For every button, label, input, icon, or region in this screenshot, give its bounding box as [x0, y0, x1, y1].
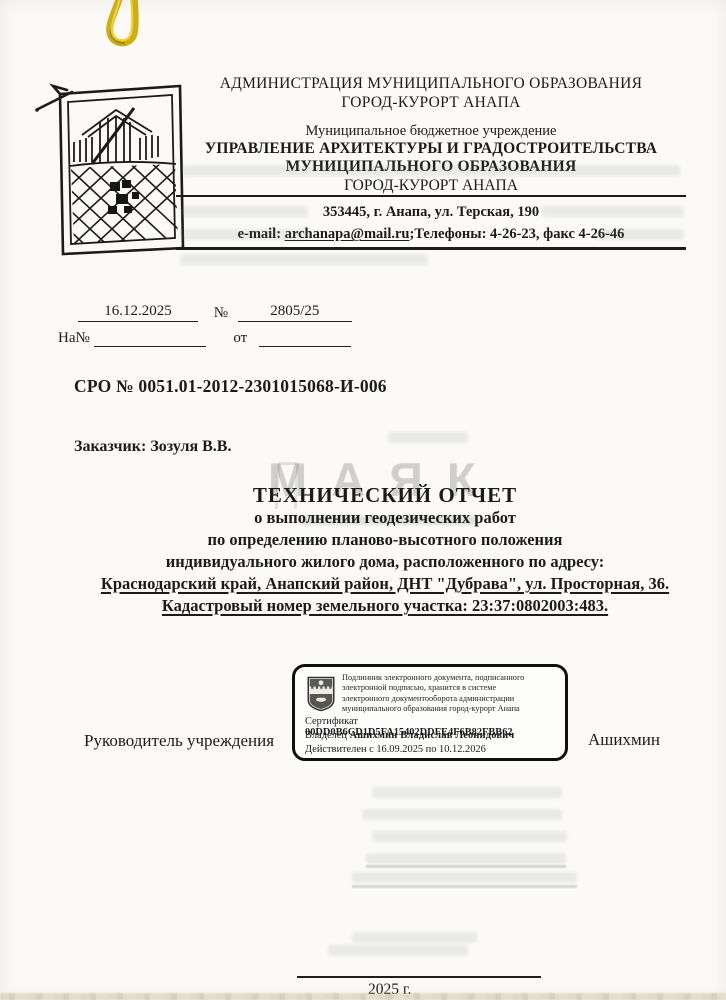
outgoing-reference-row: 16.12.2025 № 2805/25	[58, 303, 352, 322]
customer-line: Заказчик: Зозуля В.В.	[74, 438, 231, 456]
outgoing-date: 16.12.2025	[78, 303, 198, 322]
bleed-through-text	[542, 206, 684, 217]
scan-bottom-edge	[0, 993, 726, 1000]
bleed-through-text	[362, 809, 562, 820]
org-name-line1: АДМИНИСТРАЦИЯ МУНИЦИПАЛЬНОГО ОБРАЗОВАНИЯ	[176, 74, 686, 93]
bleed-through-text	[366, 853, 566, 864]
bleed-through-text	[182, 165, 680, 176]
number-sign: №	[214, 305, 228, 321]
signatory-position: Руководитель учреждения	[84, 731, 274, 751]
paperclip-icon	[90, 0, 160, 50]
dept-name-line1: УПРАВЛЕНИЕ АРХИТЕКТУРЫ И ГРАДОСТРОИТЕЛЬС…	[176, 140, 686, 158]
validity-line: Действителен с 16.09.2025 по 10.12.2026	[305, 744, 486, 755]
bleed-through-text	[180, 254, 428, 265]
signatory-name: Ашихмин	[588, 730, 660, 750]
stamp-statement: Подлинник электронного документа, подпис…	[342, 673, 560, 714]
ot-label: от	[233, 330, 247, 346]
report-subtitle-1: о выполнении геодезических работ	[44, 507, 726, 529]
digital-signature-stamp: Подлинник электронного документа, подпис…	[292, 664, 568, 761]
anapa-coat-of-arms-icon	[306, 673, 336, 715]
na-label: На№	[58, 330, 90, 346]
scanned-document-page: АДМИНИСТРАЦИЯ МУНИЦИПАЛЬНОГО ОБРАЗОВАНИЯ…	[0, 0, 726, 1000]
report-title: ТЕХНИЧЕСКИЙ ОТЧЕТ	[44, 483, 726, 507]
sro-number: СРО № 0051.01-2012-2301015068-И-006	[74, 376, 387, 397]
object-address: Краснодарский край, Анапский район, ДНТ …	[44, 573, 726, 595]
header-divider-top	[176, 195, 686, 197]
bleed-through-text	[180, 206, 308, 217]
report-title-block: ТЕХНИЧЕСКИЙ ОТЧЕТ о выполнении геодезиче…	[44, 483, 726, 617]
report-subtitle-2: по определению планово-высотного положен…	[44, 529, 726, 551]
architecture-emblem-drawing	[30, 80, 190, 260]
bleed-through-text	[352, 872, 577, 883]
bleed-through-text	[328, 945, 468, 956]
bleed-through-line	[352, 885, 577, 888]
header-divider-bottom	[176, 247, 686, 250]
owner-name: Ашихмин Владислав Леонидович	[350, 730, 515, 741]
incoming-reference-row: На№ от	[58, 330, 351, 347]
bleed-through-text	[372, 831, 567, 842]
institution-type: Муниципальное бюджетное учреждение	[176, 123, 686, 140]
bleed-through-text	[372, 787, 562, 798]
footer-signature-line	[297, 976, 541, 978]
bleed-through-line	[366, 865, 566, 868]
incoming-date-blank	[259, 330, 351, 347]
bleed-through-text	[180, 229, 308, 240]
bleed-through-text	[352, 932, 477, 943]
bleed-through-text	[388, 432, 468, 443]
letterhead: АДМИНИСТРАЦИЯ МУНИЦИПАЛЬНОГО ОБРАЗОВАНИЯ…	[176, 74, 686, 195]
outgoing-number: 2805/25	[238, 303, 352, 322]
dept-name-line3: ГОРОД-КУРОРТ АНАПА	[176, 176, 686, 195]
incoming-number-blank	[94, 330, 206, 347]
bleed-through-text	[596, 229, 684, 240]
org-name-line2: ГОРОД-КУРОРТ АНАПА	[176, 93, 686, 112]
report-subtitle-3: индивидуального жилого дома, расположенн…	[44, 551, 726, 573]
owner-line: Владелец Ашихмин Владислав Леонидович	[305, 730, 514, 741]
cadastral-number: Кадастровый номер земельного участка: 23…	[44, 595, 726, 617]
